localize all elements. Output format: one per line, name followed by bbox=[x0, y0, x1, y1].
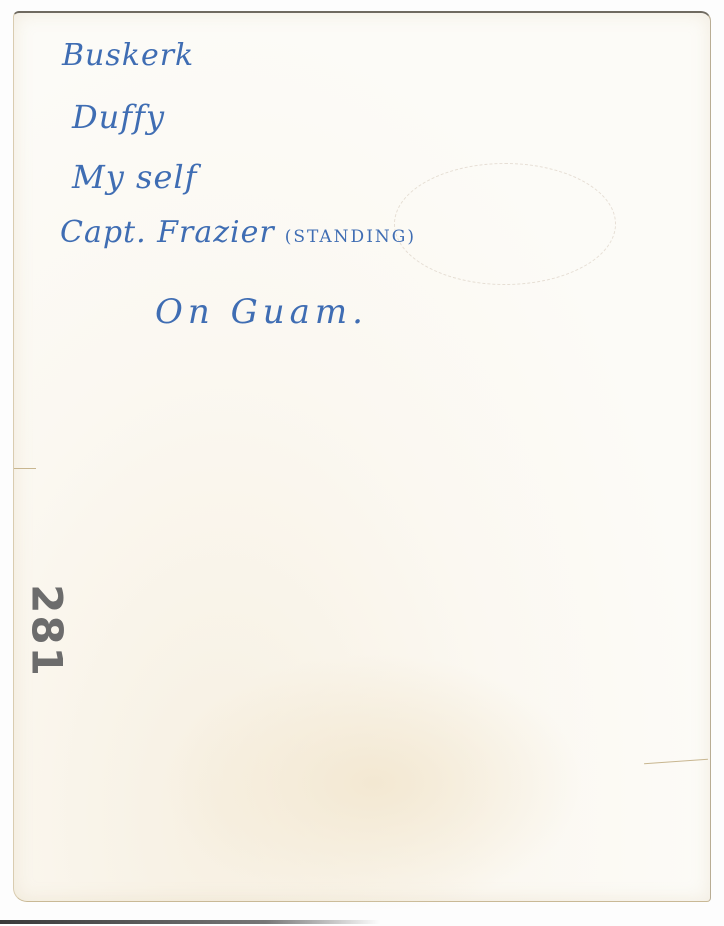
stamped-number: 281 bbox=[22, 572, 72, 690]
handwritten-name-1: Buskerk bbox=[62, 38, 194, 73]
handwritten-name-3: My self bbox=[72, 158, 197, 196]
age-stain bbox=[164, 653, 584, 913]
scanner-shadow bbox=[0, 920, 380, 924]
corner-crease bbox=[644, 759, 708, 764]
handwritten-name-2: Duffy bbox=[72, 98, 165, 136]
photo-card-back bbox=[13, 11, 711, 902]
handwritten-name-4: Capt. Frazier(STANDING) bbox=[60, 215, 416, 250]
captain-name: Capt. Frazier bbox=[60, 215, 275, 250]
edge-crease bbox=[14, 468, 36, 469]
stamp-digits: 281 bbox=[23, 584, 72, 678]
location-caption: On Guam. bbox=[155, 292, 368, 332]
faint-ring-mark bbox=[394, 163, 616, 285]
standing-note: (STANDING) bbox=[285, 227, 416, 247]
